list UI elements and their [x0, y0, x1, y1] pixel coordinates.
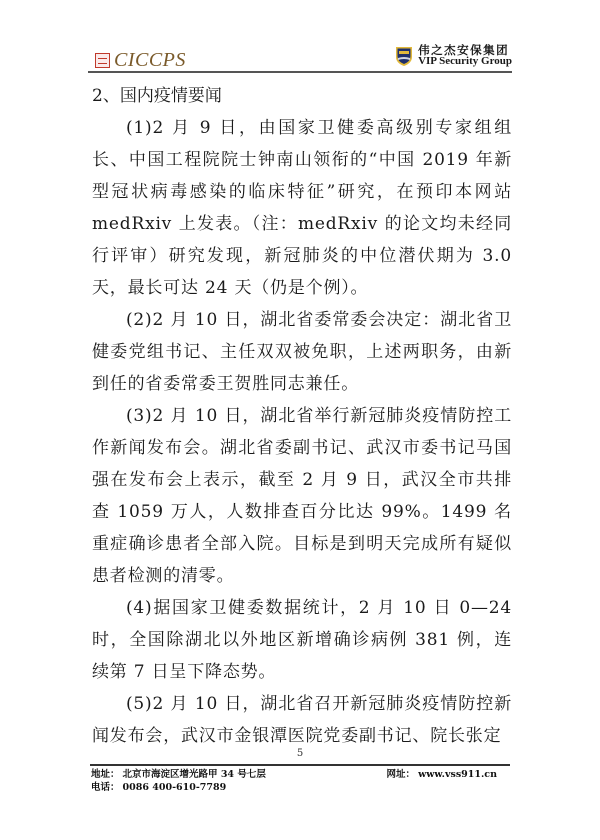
news-item-3: (3)2 月 10 日，湖北省举行新冠肺炎疫情防控工作新闻发布会。湖北省委副书记… — [92, 400, 512, 592]
document-body: 2、国内疫情要闻 (1)2 月 9 日，由国家卫健委高级别专家组组长、中国工程院… — [92, 80, 512, 752]
footer-address: 地址：北京市海淀区增光路甲 34 号七层 — [91, 768, 266, 781]
company-name-en: VIP Security Group — [418, 56, 512, 68]
shield-emblem-icon — [395, 45, 413, 67]
ciccps-brand-text: CICCPS — [114, 50, 186, 70]
vip-security-logo: 伟之杰安保集团 VIP Security Group — [395, 44, 512, 68]
header-divider — [88, 71, 512, 73]
red-seal-icon — [95, 53, 110, 68]
news-item-2: (2)2 月 10 日，湖北省委常委会决定：湖北省卫健委党组书记、主任双双被免职… — [92, 304, 512, 400]
news-item-1: (1)2 月 9 日，由国家卫健委高级别专家组组长、中国工程院院士钟南山领衔的“… — [92, 112, 512, 304]
page-header: CICCPS 伟之杰安保集团 VIP Security Group — [88, 42, 512, 72]
website-label: 网址： — [387, 769, 416, 780]
footer-website: 网址：www.vss911.cn — [387, 768, 497, 781]
footer-divider — [90, 764, 510, 766]
page-number: 5 — [0, 748, 600, 759]
news-item-5: (5)2 月 10 日，湖北省召开新冠肺炎疫情防控新闻发布会，武汉市金银潭医院党… — [92, 688, 512, 752]
website-link[interactable]: www.vss911.cn — [418, 769, 497, 780]
page-footer: 地址：北京市海淀区增光路甲 34 号七层 网址：www.vss911.cn 电话… — [91, 768, 511, 794]
phone-label: 电话： — [91, 782, 120, 793]
section-title: 2、国内疫情要闻 — [92, 80, 512, 112]
address-value: 北京市海淀区增光路甲 34 号七层 — [123, 769, 266, 780]
footer-phone: 电话：0086 400-610-7789 — [91, 781, 226, 794]
phone-value: 0086 400-610-7789 — [123, 782, 227, 793]
ciccps-logo: CICCPS — [95, 50, 186, 70]
address-label: 地址： — [91, 769, 120, 780]
news-item-4: (4)据国家卫健委数据统计，2 月 10 日 0—24 时，全国除湖北以外地区新… — [92, 592, 512, 688]
